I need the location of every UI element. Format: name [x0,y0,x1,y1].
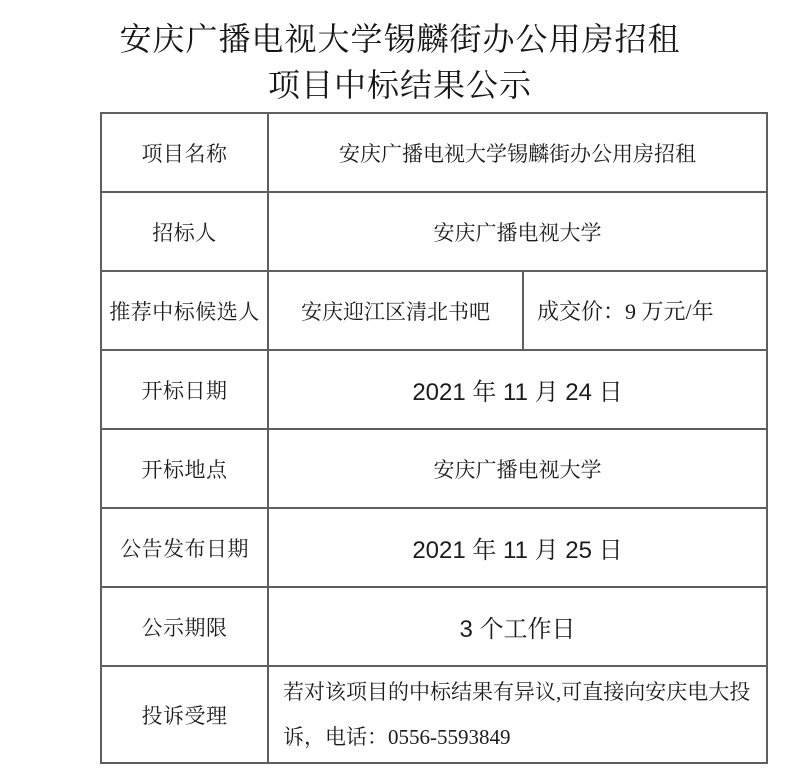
row-value-candidate: 安庆迎江区清北书吧 [268,271,523,350]
row-label-tenderer: 招标人 [101,192,268,271]
row-value-project-name: 安庆广播电视大学锡麟街办公用房招租 [268,113,767,192]
row-value-publish-date: 2021 年 11 月 25 日 [268,508,767,587]
row-label-project-name: 项目名称 [101,113,268,192]
table-row-complaint: 投诉受理 若对该项目的中标结果有异议,可直接向安庆电大投 诉，电话：0556-5… [101,666,767,763]
row-label-opening-place: 开标地点 [101,429,268,508]
page-title-line2: 项目中标结果公示 [0,62,800,108]
table-row-publish-date: 公告发布日期 2021 年 11 月 25 日 [101,508,767,587]
row-value-opening-place: 安庆广播电视大学 [268,429,767,508]
row-value-complaint: 若对该项目的中标结果有异议,可直接向安庆电大投 诉，电话：0556-559384… [268,666,767,763]
page-title-line1: 安庆广播电视大学锡麟街办公用房招租 [0,16,800,62]
row-value-deal-price: 成交价：9 万元/年 [523,271,767,350]
row-label-opening-date: 开标日期 [101,350,268,429]
complaint-line2: 诉，电话：0556-5593849 [283,715,756,760]
complaint-line1: 若对该项目的中标结果有异议,可直接向安庆电大投 [283,670,756,715]
page-title: 安庆广播电视大学锡麟街办公用房招租 项目中标结果公示 [0,0,800,108]
row-value-tenderer: 安庆广播电视大学 [268,192,767,271]
row-label-publicity-period: 公示期限 [101,587,268,666]
bid-result-table: 项目名称 安庆广播电视大学锡麟街办公用房招租 招标人 安庆广播电视大学 推荐中标… [100,112,768,764]
table-row-project-name: 项目名称 安庆广播电视大学锡麟街办公用房招租 [101,113,767,192]
row-label-complaint: 投诉受理 [101,666,268,763]
table-row-publicity-period: 公示期限 3 个工作日 [101,587,767,666]
table-row-opening-date: 开标日期 2021 年 11 月 24 日 [101,350,767,429]
announcement-page: 安庆广播电视大学锡麟街办公用房招租 项目中标结果公示 项目名称 安庆广播电视大学… [0,0,800,775]
table-row-opening-place: 开标地点 安庆广播电视大学 [101,429,767,508]
row-label-publish-date: 公告发布日期 [101,508,268,587]
table-row-tenderer: 招标人 安庆广播电视大学 [101,192,767,271]
row-value-publicity-period: 3 个工作日 [268,587,767,666]
row-label-candidate: 推荐中标候选人 [101,271,268,350]
table-row-candidate: 推荐中标候选人 安庆迎江区清北书吧 成交价：9 万元/年 [101,271,767,350]
row-value-opening-date: 2021 年 11 月 24 日 [268,350,767,429]
